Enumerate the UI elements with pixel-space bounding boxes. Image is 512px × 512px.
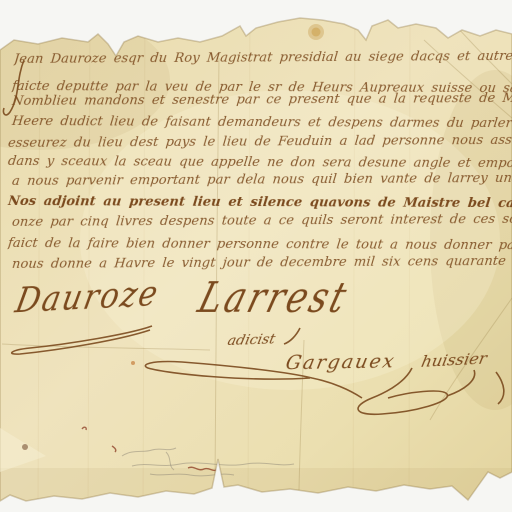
signature-center: Larrest	[193, 273, 355, 323]
bottom-shade	[0, 468, 512, 512]
center-highlight	[80, 90, 500, 390]
manuscript-scan: Jean Dauroze esqr du Roy Magistrat presi…	[0, 0, 512, 512]
small-stain	[131, 361, 135, 365]
round-stain-core	[312, 28, 321, 37]
signature-dauroze: Dauroze	[12, 274, 163, 322]
paper-texture-and-stains	[0, 0, 512, 512]
paper-graphic	[0, 0, 512, 512]
signature-center-note: adicist	[226, 331, 277, 349]
signature-right-note: huissier	[420, 348, 489, 370]
signature-gargauex: Gargauex	[284, 350, 398, 374]
dark-speck	[22, 444, 28, 450]
